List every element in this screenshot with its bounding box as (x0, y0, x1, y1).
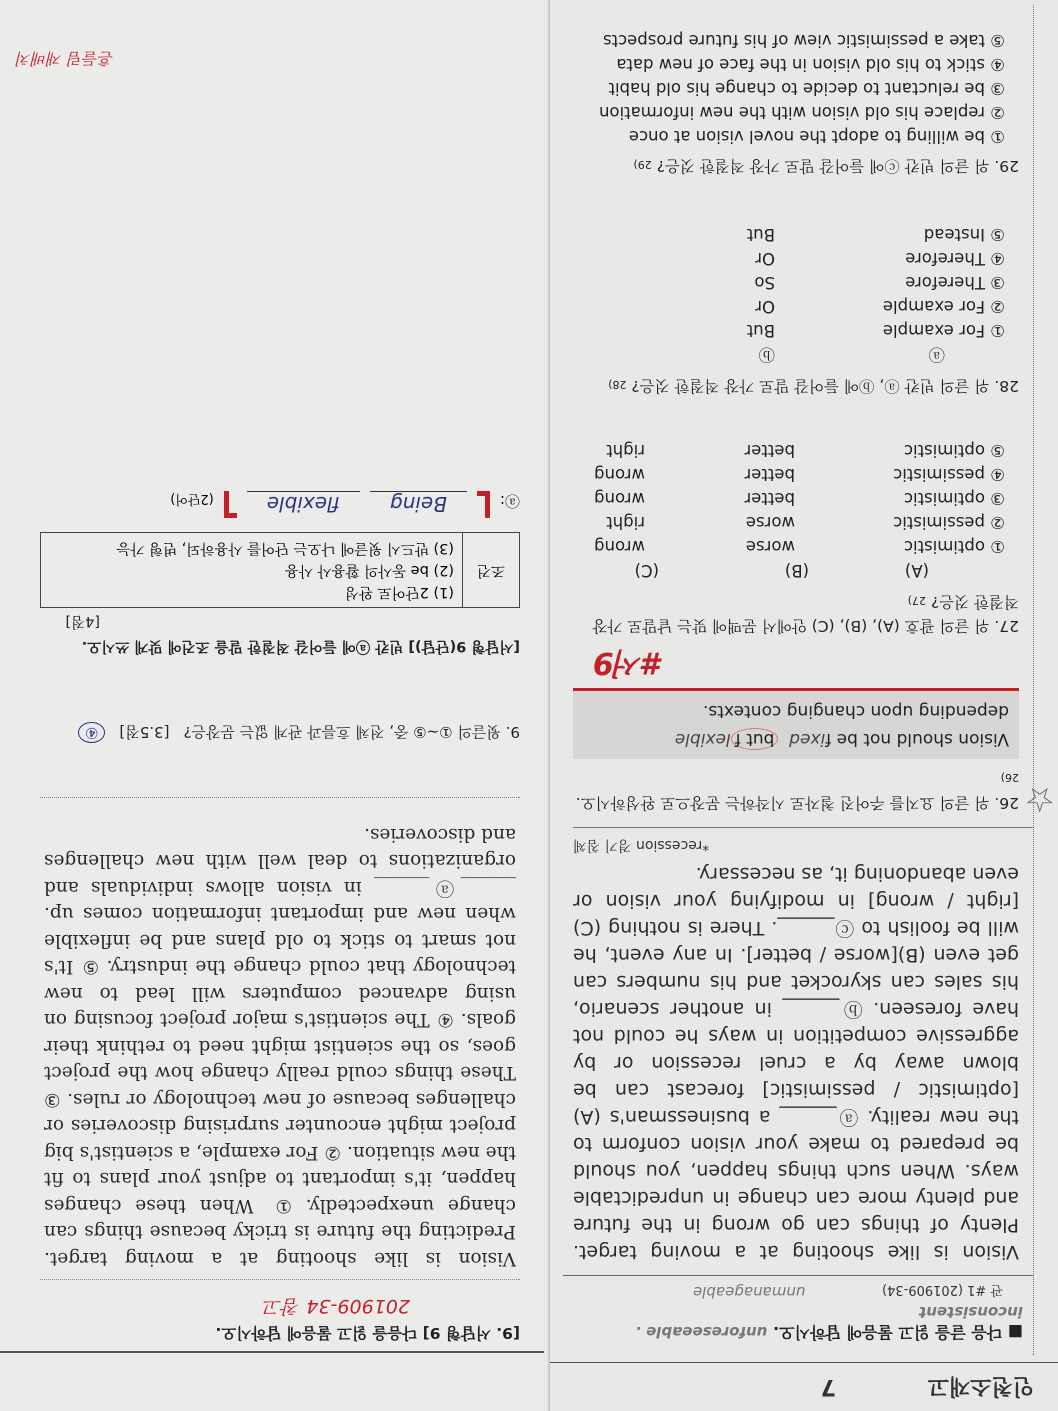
section-subtitle: 관 #1 (201909-34) (882, 1282, 1003, 1301)
bullet: ■ (1008, 1323, 1023, 1342)
page-header: 인천소재고 7 (548, 1355, 1058, 1411)
question-number: 26. (994, 794, 1019, 812)
footnote: *recession 경기 침체 (573, 836, 1019, 856)
divider (40, 1279, 520, 1280)
option-3[interactable]: ③ be reluctant to decide to change his o… (573, 76, 1005, 100)
handwritten-answer: Being (370, 492, 467, 517)
condition-item: (3) 반드시 윗글에 나오는 단어를 사용하되, 변형 가능 (49, 538, 454, 560)
conditions-table: 조건 (1) 2단어로 완성 (2) be 동사의 활용사 사용 (3) 반드시… (40, 533, 520, 609)
header-rule (548, 1362, 1058, 1363)
option-5[interactable]: ⑤ take a pessimistic view of his future … (573, 28, 1005, 52)
question-ref: 27) (908, 594, 926, 607)
school-name: 인천소재고 (928, 1372, 1034, 1403)
handwritten-answer: flexible (247, 492, 360, 517)
handwritten-answer: lexible (675, 729, 731, 749)
question-points: [4점] (40, 613, 100, 634)
section-title: 다음 글을 읽고 물음에 답하시오. (773, 1323, 1002, 1342)
page-number: 7 (821, 1374, 836, 1399)
col-header: (C) (539, 558, 659, 582)
question-prompt: 9. 윗글의 ①~⑤ 중, 전체 흐름과 관계 없는 문장은? (184, 723, 521, 744)
rotated-photo: 인천소재고 7 ■ 다음 글을 읽고 물음에 답하시오. unforeseeab… (0, 0, 1058, 1411)
question-9: 9. 윗글의 ①~⑤ 중, 전체 흐름과 관계 없는 문장은? [3.5점] ④ (40, 723, 520, 744)
option-2[interactable]: ② replace his old vision with the new in… (573, 100, 1005, 124)
condition-item: (2) be 동사의 활용사 사용 (49, 560, 454, 582)
question-number: 28. (994, 377, 1019, 395)
col-header: (B) (659, 558, 809, 582)
passage-frame: ■ 다음 글을 읽고 물음에 답하시오. unforeseeable . inc… (563, 5, 1034, 1355)
section-title: [9. 서답형 9] 다음을 읽고 물음에 답하시오. (40, 1323, 520, 1345)
question-prompt: 위 글의 빈칸 ⓐ, ⓑ에 들어갈 말로 가장 적절한 것은? (631, 377, 989, 395)
option-2[interactable]: ② pessimisticworseright (573, 510, 1005, 534)
option-3[interactable]: ③ ThereforeSo (573, 270, 1005, 294)
answer-label: ⓐ: (500, 492, 520, 513)
divider (40, 798, 520, 799)
option-3[interactable]: ③ optimisticbetterwrong (573, 486, 1005, 510)
question-ref: 28) (608, 378, 626, 391)
question-prompt: 위 글의 괄호 (A), (B), (C) 안에서 문맥에 맞는 낱말로 가장 … (592, 593, 1019, 635)
sentence-start: Vision should not be f (825, 729, 1009, 749)
section-header: ■ 다음 글을 읽고 물음에 답하시오. unforeseeable . inc… (563, 1282, 1033, 1355)
red-bracket (477, 492, 490, 519)
red-margin-note: 흔들림 재배치 (16, 48, 114, 71)
question-prompt: 위 글의 요지를 주어진 철자로 시작하는 문장으로 완성하시오. (576, 794, 990, 812)
handwritten-reference: 201909-34 참고 (40, 1294, 410, 1321)
options-list: ① optimisticworsewrong ② pessimisticwors… (573, 438, 1019, 558)
option-5[interactable]: ⑤ InsteadBut (573, 222, 1005, 246)
option-4[interactable]: ④ ThereforeOr (573, 246, 1005, 270)
exam-page-right: [9. 서답형 9] 다음을 읽고 물음에 답하시오. 201909-34 참고… (0, 0, 544, 1411)
essay-section: [9. 서답형 9] 다음을 읽고 물음에 답하시오. 201909-34 참고… (40, 492, 520, 1346)
question-prompt: [서답형 9(단답)] 빈칸 ⓐ에 들어갈 적절한 말을 조건에 맞게 쓰시오. (40, 638, 520, 659)
options-header: ⓐ ⓑ (573, 342, 1005, 366)
handwritten-answer: ④ (78, 723, 105, 744)
passage-text: Vision is like shooting at a moving targ… (44, 821, 516, 1272)
option-2[interactable]: ② For exampleOr (573, 294, 1005, 318)
option-4[interactable]: ④ pessimisticbetterwrong (573, 462, 1005, 486)
divider (573, 827, 1033, 828)
answer-line[interactable]: ⓐ: Being flexible (2단어) (40, 492, 520, 519)
option-1[interactable]: ① For exampleBut (573, 318, 1005, 342)
passage: Vision is like shooting at a moving targ… (563, 836, 1033, 1275)
divider (563, 1275, 1033, 1276)
answer-box[interactable]: Vision should not be fixed but flexible … (573, 688, 1019, 759)
option-4[interactable]: ④ stick to his old vision in the face of… (573, 52, 1005, 76)
question-29: 29. 위 글의 빈칸 ⓒ에 들어갈 말로 가장 적절한 것은? 29) ① b… (563, 28, 1033, 222)
option-1[interactable]: ① optimisticworsewrong (573, 534, 1005, 558)
red-annotation: #서9 (593, 644, 1019, 688)
option-5[interactable]: ⑤ optimisticbetterright (573, 438, 1005, 462)
col-header: ⓑ (625, 342, 775, 366)
condition-label: 조건 (463, 533, 520, 608)
handwritten-note: unmanageable (693, 1282, 805, 1301)
sentence-middle: but f (731, 728, 779, 750)
question-points: [3.5점] (119, 723, 169, 744)
question-ref: 29) (634, 158, 652, 171)
question-prompt: 위 글의 빈칸 ⓒ에 들어갈 말로 가장 적절한 것은? (657, 157, 990, 175)
option-1[interactable]: ① be willing to adopt the novel vision a… (573, 124, 1005, 148)
condition-item: (1) 2단어로 완성 (49, 582, 454, 604)
sentence-end: depending upon changing contexts. (703, 701, 1009, 721)
question-number: 27. (994, 617, 1019, 635)
col-header: (A) (809, 558, 979, 582)
question-26: ☆ 26. 위 글의 요지를 주어진 철자로 시작하는 문장으로 완성하시오. … (563, 644, 1033, 827)
essay-question-9: [서답형 9(단답)] 빈칸 ⓐ에 들어갈 적절한 말을 조건에 맞게 쓰시오.… (40, 492, 520, 659)
question-ref: 26) (1001, 771, 1019, 784)
exam-page-left: 인천소재고 7 ■ 다음 글을 읽고 물음에 답하시오. unforeseeab… (548, 0, 1058, 1411)
handwritten-answer: ixed (789, 729, 825, 749)
question-27: 27. 위 글의 괄호 (A), (B), (C) 안에서 문맥에 맞는 낱말로… (563, 438, 1033, 644)
star-icon: ☆ (1025, 779, 1055, 819)
options-header: (A) (B) (C) (573, 558, 979, 582)
question-28: 28. 위 글의 빈칸 ⓐ, ⓑ에 들어갈 말로 가장 적절한 것은? 28) … (563, 222, 1033, 438)
header-rule (0, 1351, 544, 1353)
col-header: ⓐ (775, 342, 1005, 366)
question-number: 29. (994, 157, 1019, 175)
passage: Vision is like shooting at a moving targ… (40, 821, 520, 1280)
passage-text: Vision is like shooting at a moving targ… (573, 860, 1019, 1265)
answer-hint: (2단어) (170, 492, 214, 511)
red-bracket (224, 492, 237, 519)
